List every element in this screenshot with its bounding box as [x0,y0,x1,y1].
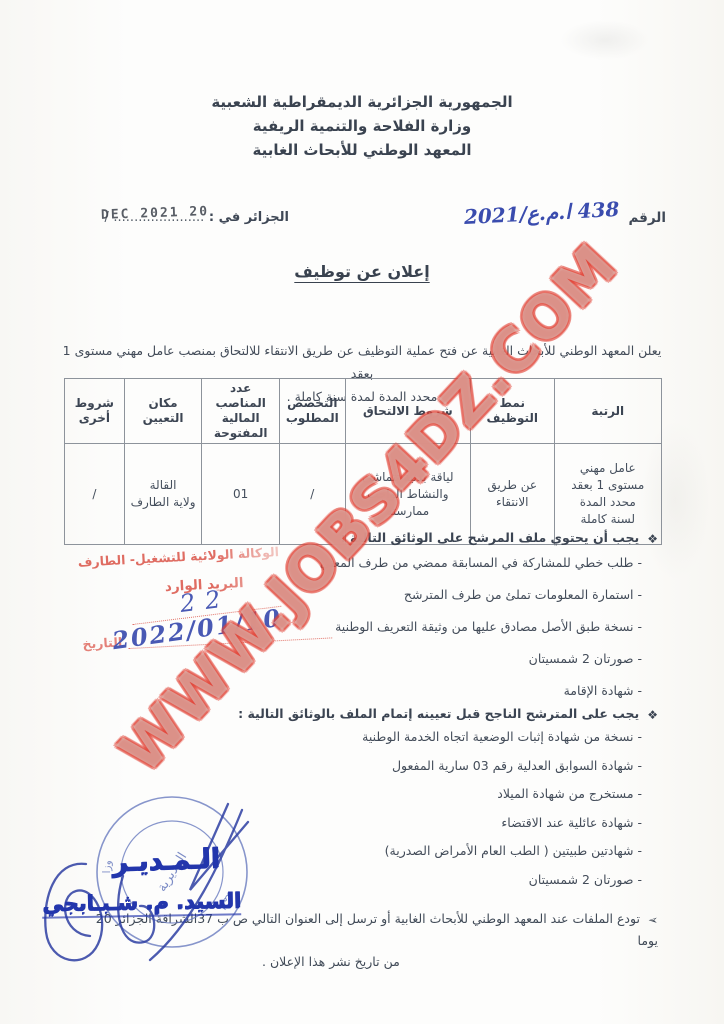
reference-number-row: الرقم 438 ا.م.ع/2021 [464,203,666,227]
place-date-row: الجزائر في : ...................... / 20… [49,210,289,225]
col-required-specialty: التخصص المطلوب [279,379,345,444]
place-date-label: الجزائر في : [209,210,289,225]
arrow-bullet-icon: ➢ [648,910,658,931]
scan-smudge [560,20,650,60]
letterhead-institute: المعهد الوطني للأبحاث الغابية [0,138,724,162]
announcement-title: إعلان عن توظيف [0,262,724,281]
vacancy-table: الرتبة نمط التوظيف شروط الالتحاق التخصص … [64,378,662,545]
document-item: - نسخة من شهادة إثبات الوضعية اتجاه الخد… [58,723,658,752]
col-open-positions: عدد المناصب المالية المفتوحة [202,379,280,444]
col-entry-conditions: شروط الالتحاق [345,379,470,444]
section-heading: ❖يجب على المترشح الناجح قبل تعيينه إتمام… [58,706,658,721]
vacancy-table-header-row: الرتبة نمط التوظيف شروط الالتحاق التخصص … [65,379,662,444]
reference-handwritten-number: 438 ا.م.ع/2021 [464,197,621,229]
diamond-bullet-icon: ❖ [647,708,658,722]
red-registry-stamp: الوكالة الولائية للتشغيل- الطارف البريد … [78,542,333,657]
director-name-marker-text: السيد. م. شـبـابجي [42,888,241,918]
document-item: - شهادة الإقامة [58,675,658,707]
scanned-document-page: الجمهورية الجزائرية الديمقراطية الشعبية … [0,0,724,1024]
col-assignment-place: مكان التعيين [124,379,202,444]
col-other-conditions: شروط أخرى [65,379,125,444]
letterhead-republic: الجمهورية الجزائرية الديمقراطية الشعبية [0,90,724,114]
document-item: - شهادة السوابق العدلية رقم 03 سارية الم… [58,752,658,781]
handwritten-signature [28,792,260,978]
reference-label: الرقم [628,210,666,226]
col-recruitment-mode: نمط التوظيف [470,379,554,444]
letterhead-ministry: وزارة الفلاحة والتنمية الريفية [0,114,724,138]
document-letterhead: الجمهورية الجزائرية الديمقراطية الشعبية … [0,90,724,162]
director-marker-text: الـمـديـر [111,843,220,878]
diamond-bullet-icon: ❖ [647,532,658,546]
section-heading: ❖يجب أن يحتوي ملف المرشح على الوثائق الت… [58,530,658,545]
col-rank: الرتبة [554,379,661,444]
